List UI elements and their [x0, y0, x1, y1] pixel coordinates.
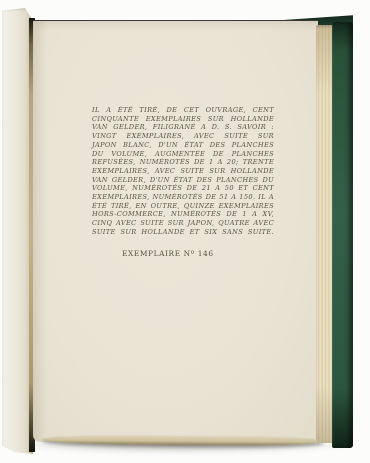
colophon-line: VAN GELDER, FILIGRANÉ A D. S. SAVOIR :	[92, 123, 274, 132]
book-photo: IL A ÉTÉ TIRÉ, DE CET OUVRAGE, CENTCINQU…	[0, 0, 370, 463]
fore-edge	[316, 25, 333, 443]
colophon-line: VINGT EXEMPLAIRES, AVEC SUITE SUR	[92, 132, 274, 141]
colophon-line: EXEMPLAIRES, AVEC SUITE SUR HOLLANDE	[92, 167, 274, 176]
colophon-line: REFUSÉES, NUMÉROTÉS DE 1 A 20; TRENTE	[92, 158, 274, 167]
colophon-line: IL A ÉTÉ TIRÉ, DE CET OUVRAGE, CENT	[92, 106, 274, 115]
colophon-line: EXEMPLAIRES, NUMÉROTÉS DE 51 A 150. IL A	[92, 193, 274, 202]
colophon-line: CINQ AVEC SUITE SUR JAPON, QUATRE AVEC	[92, 219, 274, 228]
colophon-line: HORS-COMMERCE, NUMÉROTÉS DE 1 A XV,	[92, 210, 274, 219]
colophon-line: JAPON BLANC, D'UN ÉTAT DES PLANCHES	[92, 141, 274, 150]
colophon-line: DU VOLUME, AUGMENTÉE DE PLANCHES	[92, 150, 274, 159]
exemplaire-number: EXEMPLAIRE Nº 146	[122, 249, 214, 258]
colophon-line: VOLUME, NUMÉROTÉS DE 21 A 50 ET CENT	[92, 184, 274, 193]
colophon-text: IL A ÉTÉ TIRÉ, DE CET OUVRAGE, CENTCINQU…	[92, 106, 274, 237]
colophon-line: SUITE SUR HOLLANDE ET SIX SANS SUITE.	[92, 228, 274, 237]
back-cover-board	[332, 22, 353, 448]
